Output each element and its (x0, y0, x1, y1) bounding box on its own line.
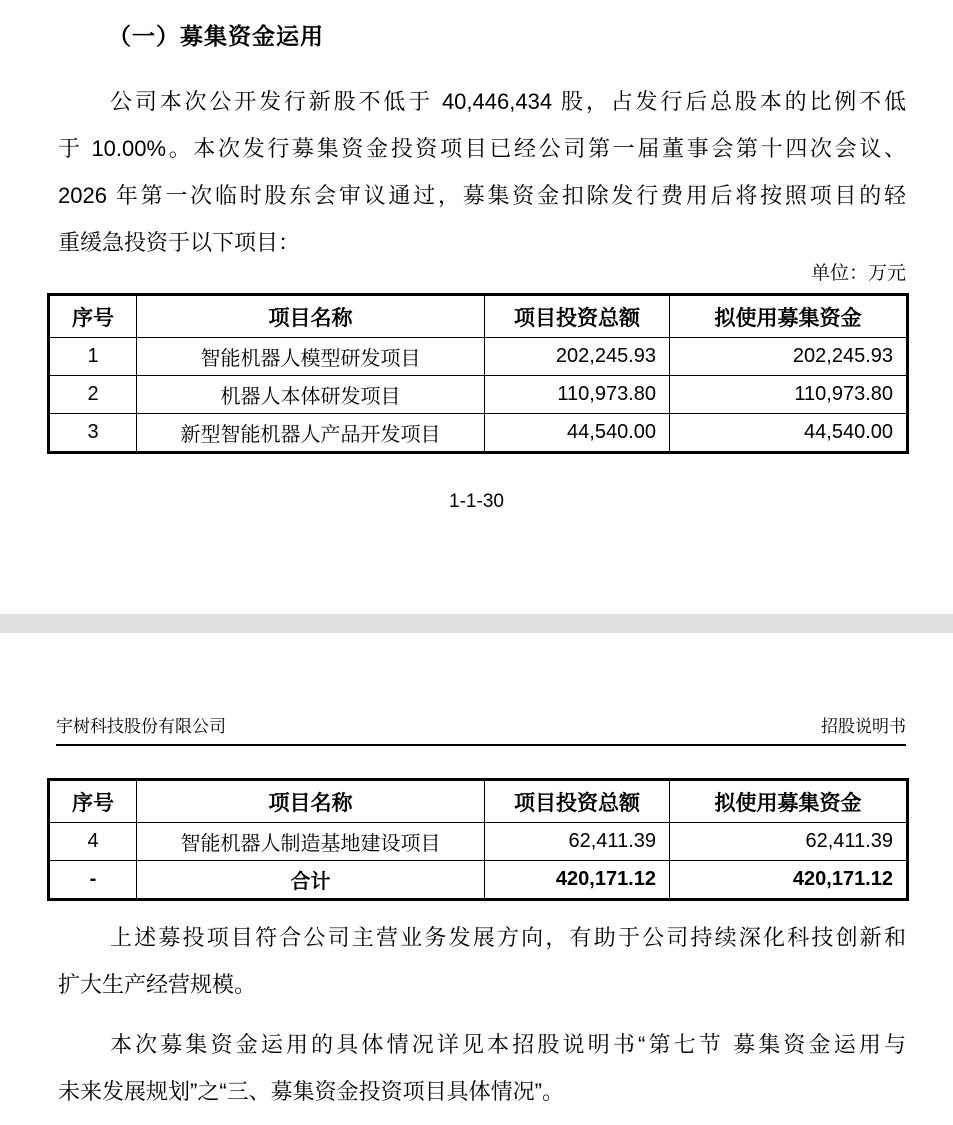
cell-raised-funds: 44,540.00 (670, 414, 908, 453)
table-unit-label: 单位：万元 (58, 258, 906, 285)
next-page-header: 宇树科技股份有限公司 招股说明书 (56, 716, 906, 746)
cell-project-name: 机器人本体研发项目 (137, 376, 485, 414)
cell-raised-funds: 62,411.39 (670, 823, 908, 861)
page-number: 1-1-30 (0, 491, 953, 513)
header-total-investment: 项目投资总额 (485, 780, 670, 823)
paragraph-line: 未来发展规划”之“三、募集资金投资项目具体情况”。 (58, 1068, 906, 1115)
table-header-row: 序号 项目名称 项目投资总额 拟使用募集资金 (49, 780, 908, 823)
funds-table-page2: 序号 项目名称 项目投资总额 拟使用募集资金 4 智能机器人制造基地建设项目 6… (47, 778, 909, 901)
cell-seq: 2 (49, 376, 137, 414)
header-total-investment: 项目投资总额 (485, 295, 670, 338)
cross-reference-paragraph: 本次募集资金运用的具体情况详见本招股说明书“第七节 募集资金运用与 未来发展规划… (58, 1021, 906, 1115)
paragraph-line: 公司本次公开发行新股不低于 40,446,434 股，占发行后总股本的比例不低 (58, 78, 906, 125)
cell-total-investment: 62,411.39 (485, 823, 670, 861)
table-total-row: - 合计 420,171.12 420,171.12 (49, 861, 908, 900)
header-project-name: 项目名称 (137, 295, 485, 338)
paragraph-line: 扩大生产经营规模。 (58, 961, 906, 1008)
cell-total-investment: 110,973.80 (485, 376, 670, 414)
cell-total-investment: 420,171.12 (485, 861, 670, 900)
cell-seq: 1 (49, 338, 137, 376)
cell-total-investment: 44,540.00 (485, 414, 670, 453)
cell-seq: - (49, 861, 137, 900)
table-row: 2 机器人本体研发项目 110,973.80 110,973.80 (49, 376, 908, 414)
cell-raised-funds: 420,171.12 (670, 861, 908, 900)
header-project-name: 项目名称 (137, 780, 485, 823)
page-separator-band (0, 614, 953, 633)
cell-raised-funds: 110,973.80 (670, 376, 908, 414)
cell-raised-funds: 202,245.93 (670, 338, 908, 376)
paragraph-line: 于 10.00%。本次发行募集资金投资项目已经公司第一届董事会第十四次会议、 (58, 125, 906, 172)
table-row: 4 智能机器人制造基地建设项目 62,411.39 62,411.39 (49, 823, 908, 861)
company-name: 宇树科技股份有限公司 (56, 716, 226, 737)
cell-project-name: 智能机器人制造基地建设项目 (137, 823, 485, 861)
paragraph-line: 本次募集资金运用的具体情况详见本招股说明书“第七节 募集资金运用与 (58, 1021, 906, 1068)
cell-total-label: 合计 (137, 861, 485, 900)
business-direction-paragraph: 上述募投项目符合公司主营业务发展方向，有助于公司持续深化科技创新和 扩大生产经营… (58, 914, 906, 1008)
header-seq: 序号 (49, 295, 137, 338)
funds-table-page1: 序号 项目名称 项目投资总额 拟使用募集资金 1 智能机器人模型研发项目 202… (47, 293, 909, 454)
table-row: 3 新型智能机器人产品开发项目 44,540.00 44,540.00 (49, 414, 908, 453)
cell-seq: 4 (49, 823, 137, 861)
table-header-row: 序号 项目名称 项目投资总额 拟使用募集资金 (49, 295, 908, 338)
cell-total-investment: 202,245.93 (485, 338, 670, 376)
cell-project-name: 智能机器人模型研发项目 (137, 338, 485, 376)
paragraph-line: 上述募投项目符合公司主营业务发展方向，有助于公司持续深化科技创新和 (58, 914, 906, 961)
section-heading: （一）募集资金运用 (108, 18, 324, 51)
paragraph-line: 2026 年第一次临时股东会审议通过，募集资金扣除发行费用后将按照项目的轻 (58, 172, 906, 219)
cell-seq: 3 (49, 414, 137, 453)
cell-project-name: 新型智能机器人产品开发项目 (137, 414, 485, 453)
header-raised-funds: 拟使用募集资金 (670, 295, 908, 338)
intro-paragraph: 公司本次公开发行新股不低于 40,446,434 股，占发行后总股本的比例不低 … (58, 78, 906, 266)
document-type-label: 招股说明书 (821, 716, 906, 737)
table-row: 1 智能机器人模型研发项目 202,245.93 202,245.93 (49, 338, 908, 376)
prospectus-document-page: （一）募集资金运用 公司本次公开发行新股不低于 40,446,434 股，占发行… (0, 0, 953, 1125)
header-seq: 序号 (49, 780, 137, 823)
header-raised-funds: 拟使用募集资金 (670, 780, 908, 823)
